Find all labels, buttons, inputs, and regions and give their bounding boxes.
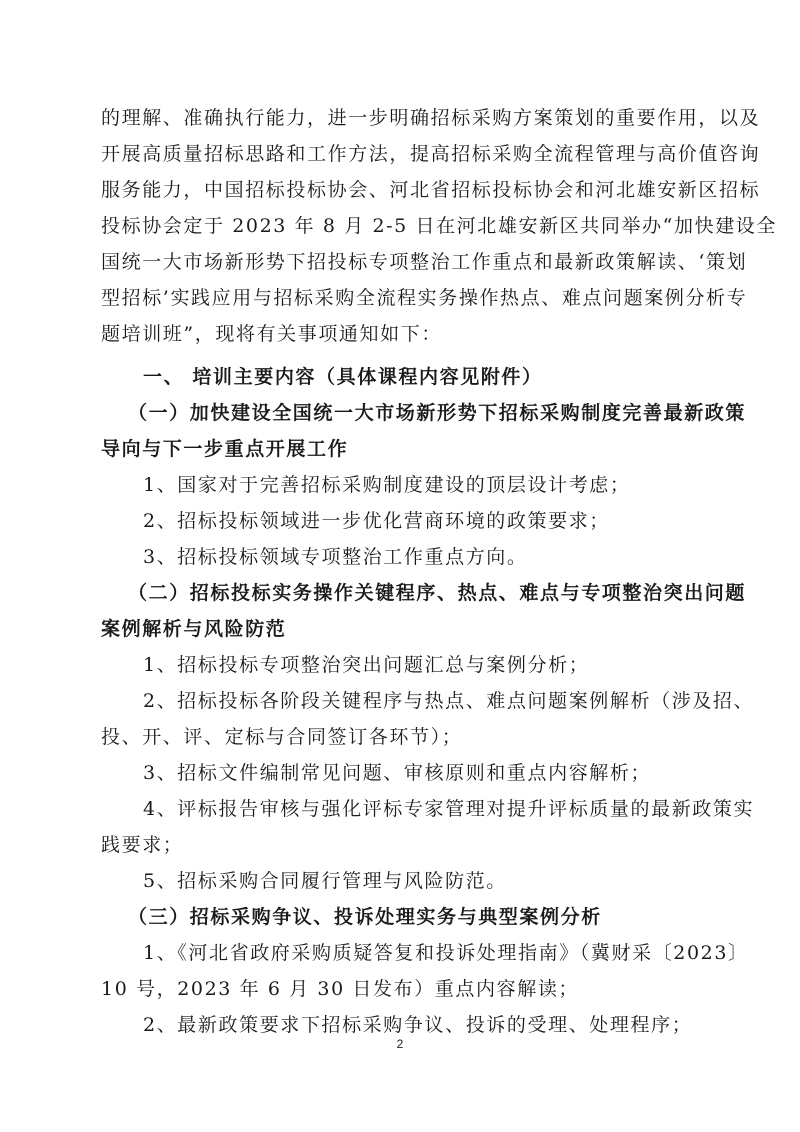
list-item: 5、招标采购合同履行管理与风险防范。 — [143, 869, 743, 893]
list-item: 2、招标投标各阶段关键程序与热点、难点问题案例解析（涉及招、 — [143, 689, 743, 713]
list-item: 2、招标投标领域进一步优化营商环境的政策要求； — [143, 509, 743, 533]
list-item: 3、招标投标领域专项整治工作重点方向。 — [143, 545, 743, 569]
body-text-line: 题培训班”，现将有关事项通知如下： — [101, 322, 701, 346]
subsection-heading: （二）招标投标实务操作关键程序、热点、难点与专项整治突出问题 — [128, 581, 728, 605]
subsection-heading: （三）招标采购争议、投诉处理实务与典型案例分析 — [128, 905, 728, 929]
document-page: 的理解、准确执行能力，进一步明确招标采购方案策划的重要作用，以及 开展高质量招标… — [0, 0, 800, 1132]
list-item: 1、招标投标专项整治突出问题汇总与案例分析； — [143, 653, 743, 677]
list-item: 2、最新政策要求下招标采购争议、投诉的受理、处理程序； — [143, 1013, 743, 1037]
body-text-line: 国统一大市场新形势下招投标专项整治工作重点和最新政策解读、‘策划 — [101, 250, 701, 274]
subsection-heading: （一）加快建设全国统一大市场新形势下招标采购制度完善最新政策 — [128, 401, 728, 425]
body-text-line: 投标协会定于 2023 年 8 月 2-5 日在河北雄安新区共同举办“加快建设全 — [101, 214, 701, 238]
body-text-line: 的理解、准确执行能力，进一步明确招标采购方案策划的重要作用，以及 — [101, 106, 701, 130]
subsection-heading-cont: 导向与下一步重点开展工作 — [101, 437, 701, 461]
body-text-line: 开展高质量招标思路和工作方法，提高招标采购全流程管理与高价值咨询 — [101, 142, 701, 166]
list-item: 1、国家对于完善招标采购制度建设的顶层设计考虑； — [143, 473, 743, 497]
body-text-line: 型招标’实践应用与招标采购全流程实务操作热点、难点问题案例分析专 — [101, 286, 701, 310]
list-item: 1、《河北省政府采购质疑答复和投诉处理指南》（冀财采〔2023〕 — [143, 941, 743, 965]
list-item-cont: 10 号，2023 年 6 月 30 日发布）重点内容解读； — [101, 977, 701, 1001]
body-text-line: 服务能力，中国招标投标协会、河北省招标投标协会和河北雄安新区招标 — [101, 178, 701, 202]
list-item-cont: 践要求； — [101, 833, 701, 857]
page-number: 2 — [0, 1037, 800, 1051]
list-item: 4、评标报告审核与强化评标专家管理对提升评标质量的最新政策实 — [143, 797, 743, 821]
section-heading: 一、 培训主要内容（具体课程内容见附件） — [143, 365, 743, 389]
subsection-heading-cont: 案例解析与风险防范 — [101, 617, 701, 641]
list-item: 3、招标文件编制常见问题、审核原则和重点内容解析； — [143, 761, 743, 785]
list-item-cont: 投、开、评、定标与合同签订各环节）； — [101, 725, 701, 749]
